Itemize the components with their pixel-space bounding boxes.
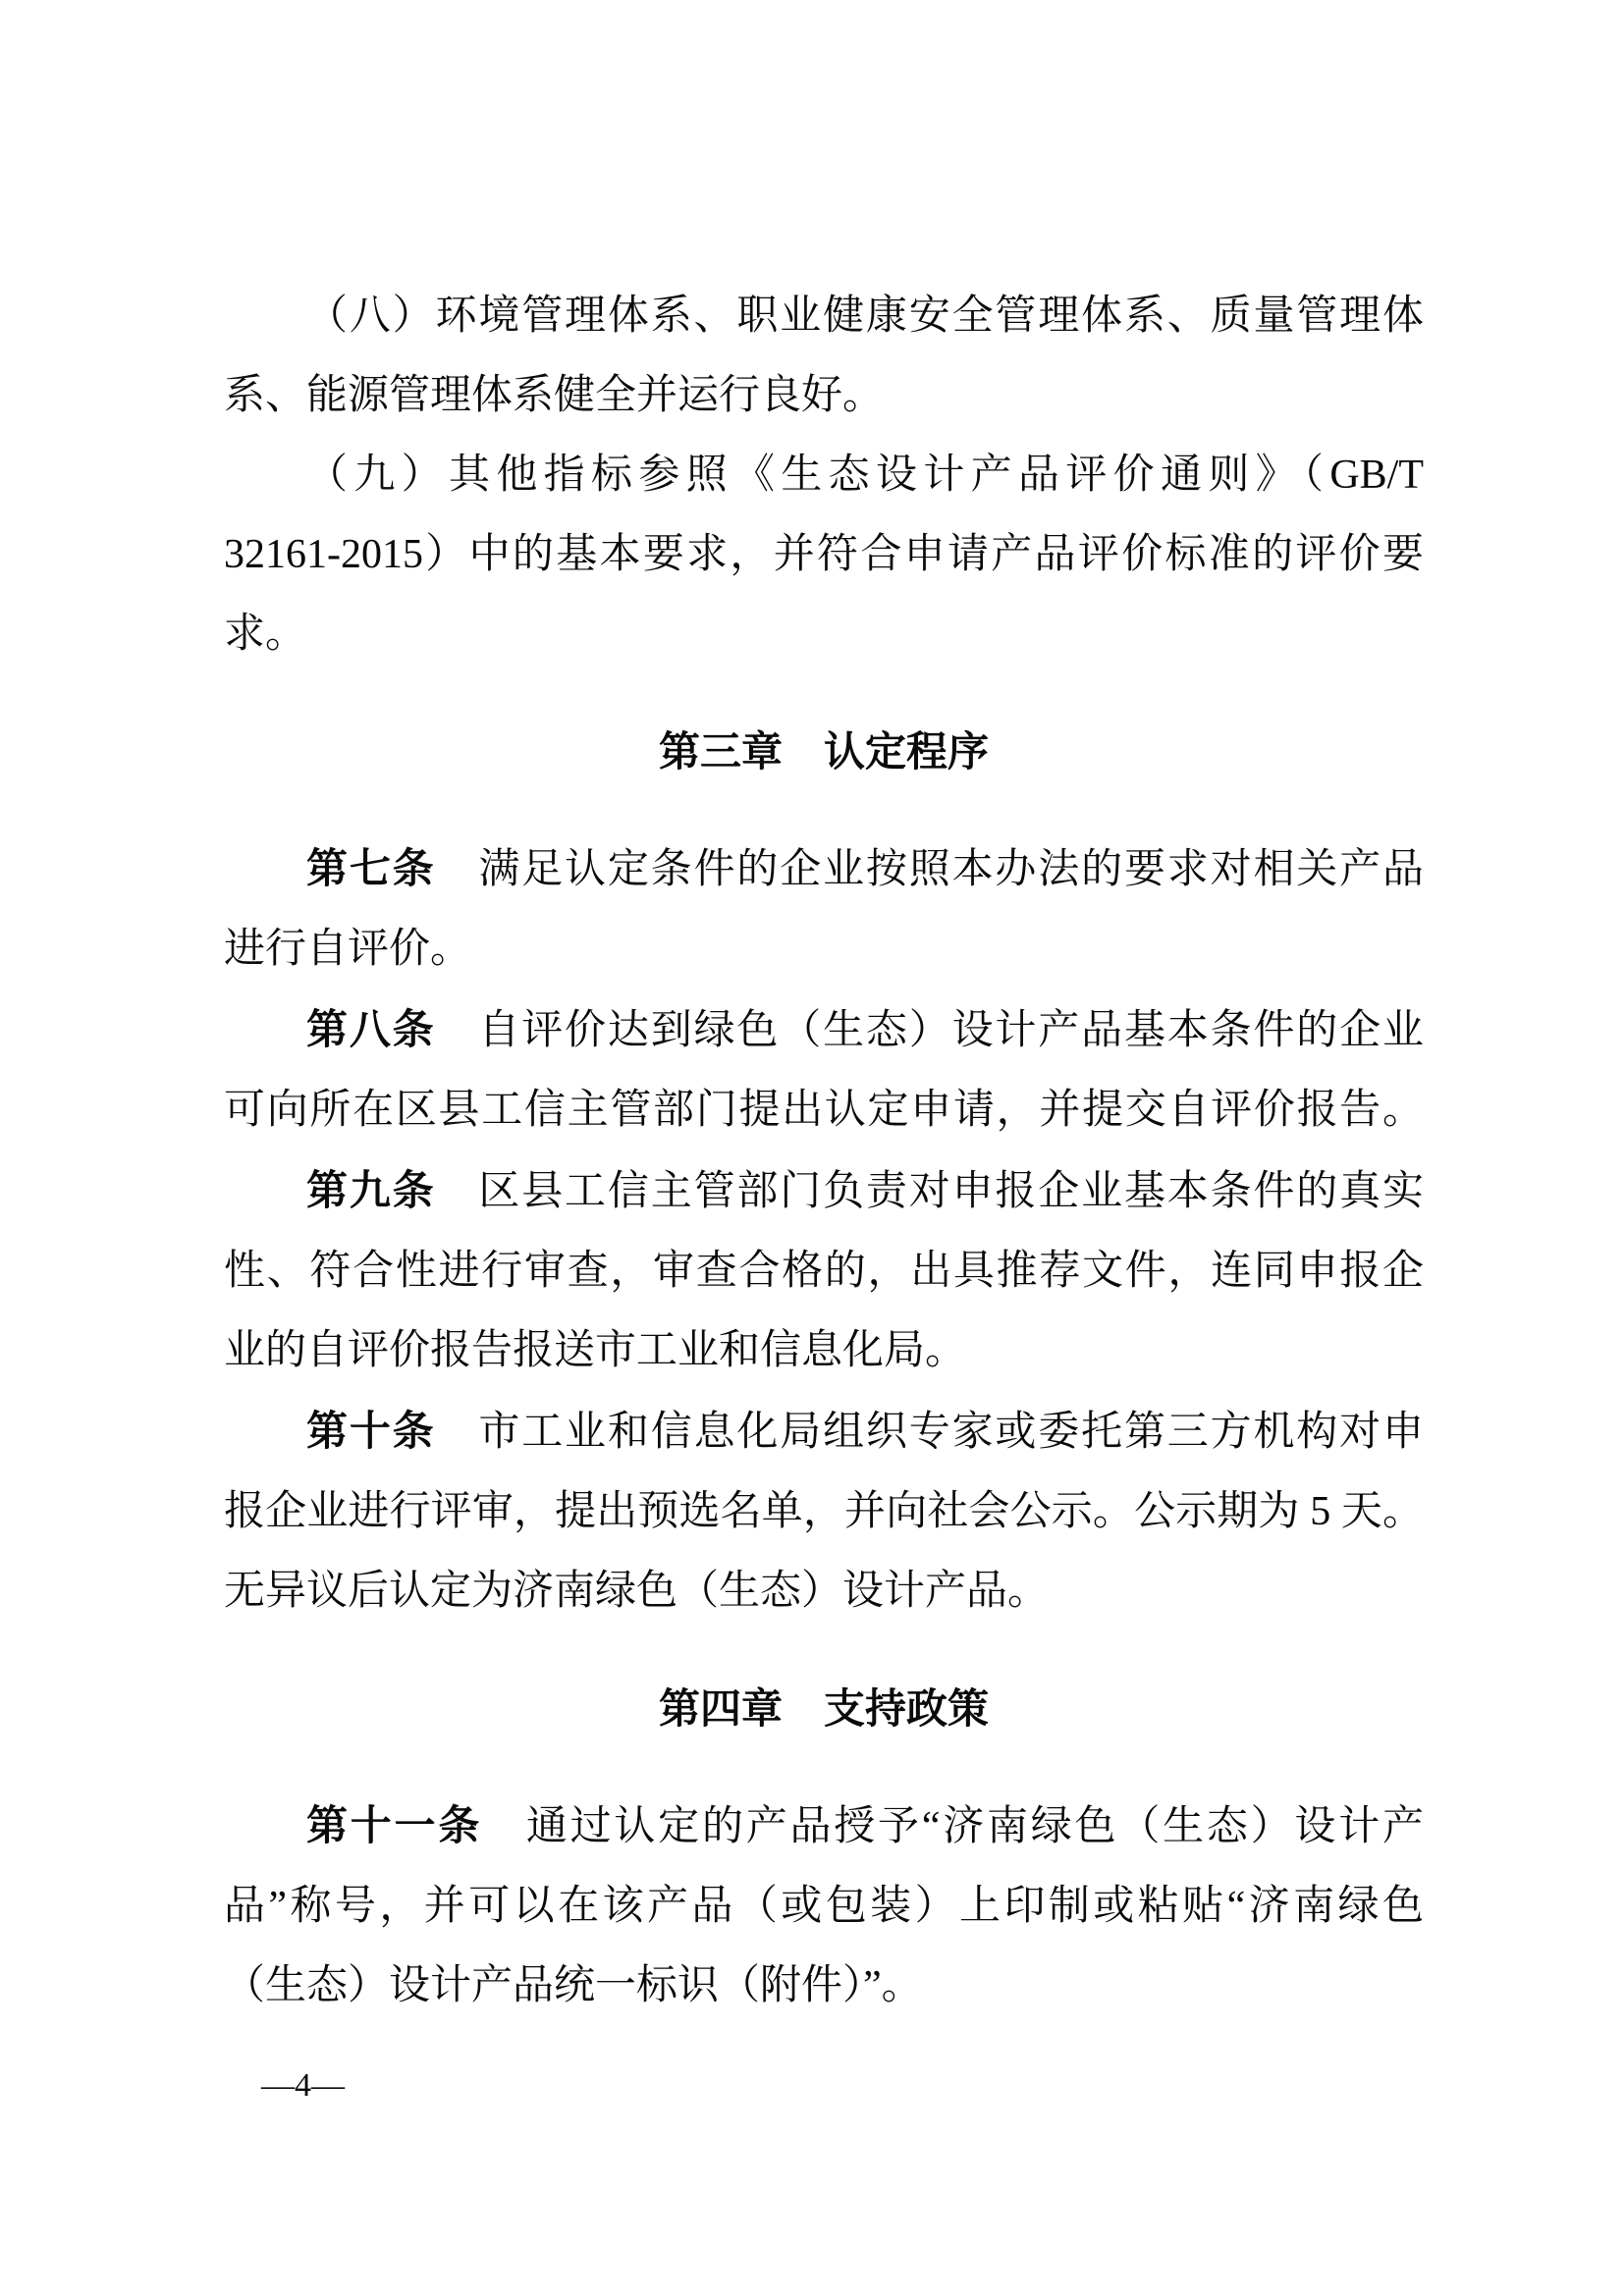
body-line: 品”称号，并可以在该产品（或包装）上印制或粘贴“济南绿色 — [224, 1867, 1424, 1947]
body-line: 性、符合性进行审查，审查合格的，出具推荐文件，连同申报企 — [224, 1232, 1424, 1311]
line-text: 求。 — [224, 612, 306, 657]
line-text: 可向所在区县工信主管部门提出认定申请，并提交自评价报告。 — [224, 1088, 1424, 1133]
line-text: （九）其他指标参照《生态设计产品评价通则》（GB/T — [306, 453, 1424, 498]
article-number-label: 第八条 — [306, 1006, 436, 1052]
body-line: （生态）设计产品统一标识（附件）”。 — [224, 1947, 1424, 2026]
body-line: 第十一条 通过认定的产品授予“济南绿色（生态）设计产 — [224, 1786, 1424, 1867]
body-line: 业的自评价报告报送市工业和信息化局。 — [224, 1311, 1424, 1391]
page-number: —4— — [261, 2069, 345, 2103]
chapter-heading: 第三章 认定程序 — [224, 712, 1424, 791]
article-number-label: 第十条 — [306, 1408, 436, 1454]
line-text: （八）环境管理体系、职业健康安全管理体系、质量管理体 — [306, 294, 1424, 339]
line-text: 通过认定的产品授予“济南绿色（生态）设计产 — [482, 1804, 1424, 1849]
article-number-label: 第十一条 — [306, 1802, 482, 1848]
line-text: 业的自评价报告报送市工业和信息化局。 — [224, 1328, 966, 1373]
line-text: 品”称号，并可以在该产品（或包装）上印制或粘贴“济南绿色 — [224, 1884, 1424, 1929]
article-number-label: 第七条 — [306, 845, 436, 891]
line-text: 进行自评价。 — [224, 927, 471, 972]
document-page: （八）环境管理体系、职业健康安全管理体系、质量管理体 系、能源管理体系健全并运行… — [0, 0, 1624, 2296]
body-line: 第七条 满足认定条件的企业按照本办法的要求对相关产品 — [224, 828, 1424, 910]
body-line: 第九条 区县工信主管部门负责对申报企业基本条件的真实 — [224, 1150, 1424, 1232]
line-text: 32161-2015）中的基本要求，并符合申请产品评价标准的评价要 — [224, 532, 1424, 577]
line-text: 区县工信主管部门负责对申报企业基本条件的真实 — [436, 1169, 1424, 1214]
body-line: 进行自评价。 — [224, 910, 1424, 989]
body-line: （八）环境管理体系、职业健康安全管理体系、质量管理体 — [224, 277, 1424, 356]
line-text: 自评价达到绿色（生态）设计产品基本条件的企业 — [436, 1008, 1424, 1053]
body-line: （九）其他指标参照《生态设计产品评价通则》（GB/T — [224, 436, 1424, 515]
body-line: 可向所在区县工信主管部门提出认定申请，并提交自评价报告。 — [224, 1071, 1424, 1150]
line-text: （生态）设计产品统一标识（附件）”。 — [224, 1963, 923, 2008]
line-text: 性、符合性进行审查，审查合格的，出具推荐文件，连同申报企 — [224, 1249, 1424, 1294]
line-text: 报企业进行评审，提出预选名单，并向社会公示。公示期为 5 天。 — [224, 1489, 1424, 1534]
line-text: 市工业和信息化局组织专家或委托第三方机构对申 — [436, 1410, 1424, 1455]
body-line: 32161-2015）中的基本要求，并符合申请产品评价标准的评价要 — [224, 515, 1424, 595]
body-line: 求。 — [224, 595, 1424, 674]
body-line: 第十条 市工业和信息化局组织专家或委托第三方机构对申 — [224, 1391, 1424, 1472]
line-text: 系、能源管理体系健全并运行良好。 — [224, 373, 884, 418]
body-line: 第八条 自评价达到绿色（生态）设计产品基本条件的企业 — [224, 989, 1424, 1071]
line-text: 满足认定条件的企业按照本办法的要求对相关产品 — [436, 847, 1424, 892]
document-body: （八）环境管理体系、职业健康安全管理体系、质量管理体 系、能源管理体系健全并运行… — [224, 277, 1424, 2026]
body-line: 系、能源管理体系健全并运行良好。 — [224, 356, 1424, 436]
body-line: 无异议后认定为济南绿色（生态）设计产品。 — [224, 1552, 1424, 1631]
body-line: 报企业进行评审，提出预选名单，并向社会公示。公示期为 5 天。 — [224, 1472, 1424, 1552]
article-number-label: 第九条 — [306, 1167, 436, 1213]
line-text: 无异议后认定为济南绿色（生态）设计产品。 — [224, 1569, 1049, 1614]
chapter-heading: 第四章 支持政策 — [224, 1669, 1424, 1748]
